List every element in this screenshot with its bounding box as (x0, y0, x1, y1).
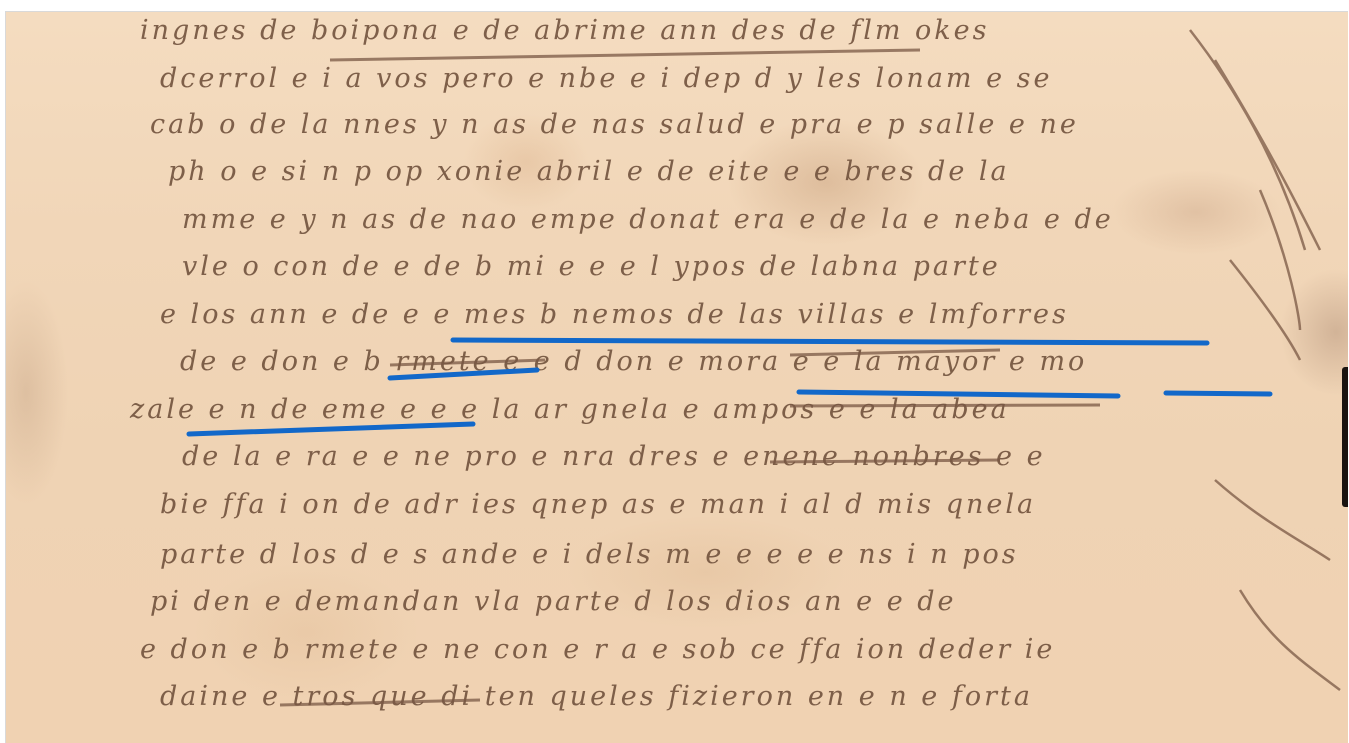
annotation-underline (799, 392, 1118, 396)
annotation-layer (0, 0, 1349, 743)
annotation-underline (189, 424, 473, 434)
annotation-underline (453, 340, 1207, 343)
annotation-underline (1166, 393, 1270, 394)
annotation-underline (390, 370, 537, 378)
